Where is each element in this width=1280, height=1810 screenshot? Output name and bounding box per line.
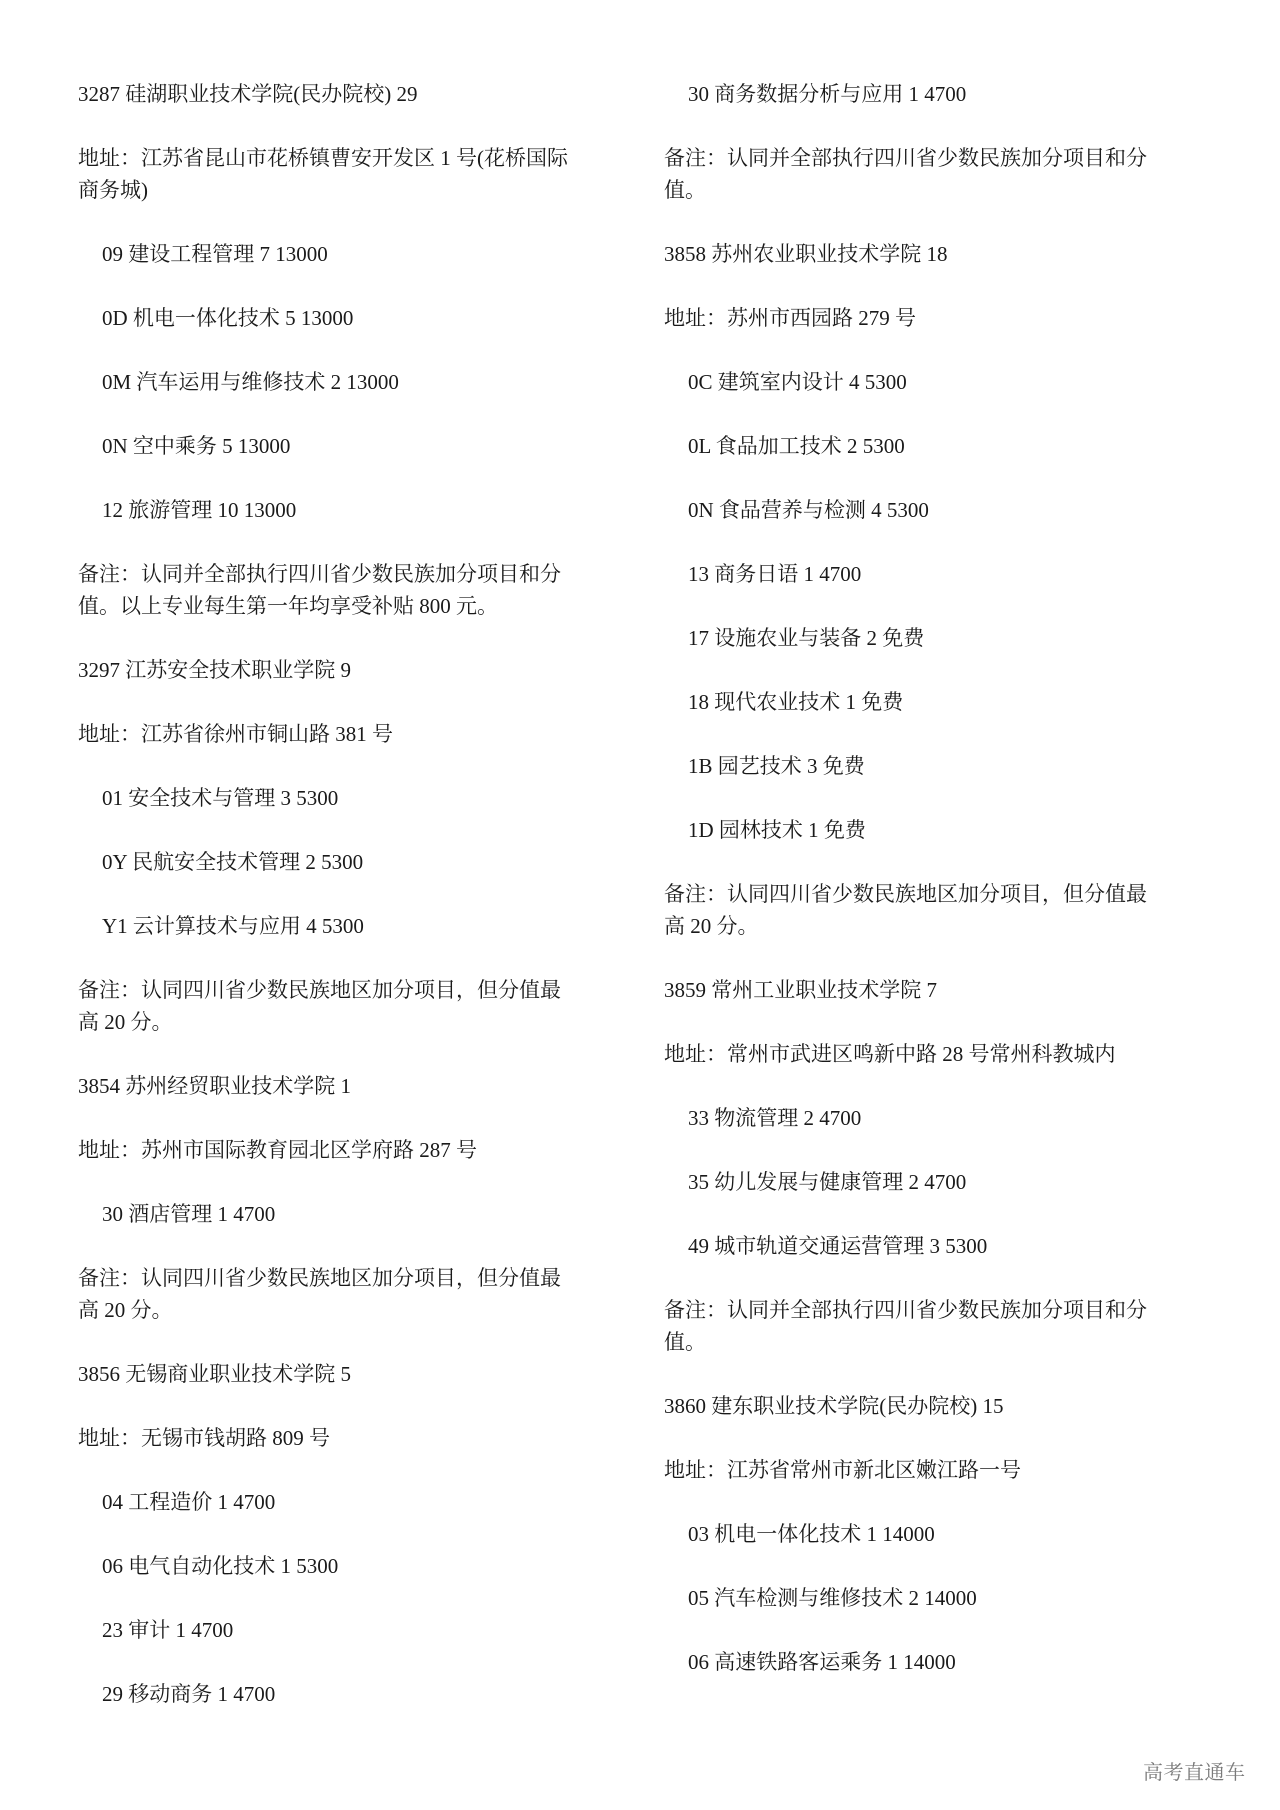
major-row: 03 机电一体化技术 1 14000: [664, 1518, 1156, 1550]
major-row: 0Y 民航安全技术管理 2 5300: [78, 846, 570, 878]
school-note: 备注：认同并全部执行四川省少数民族加分项目和分值。以上专业每生第一年均享受补贴 …: [78, 558, 570, 622]
school-heading: 3287 硅湖职业技术学院(民办院校) 29: [78, 78, 570, 110]
major-row: 30 商务数据分析与应用 1 4700: [664, 78, 1156, 110]
school-heading: 3854 苏州经贸职业技术学院 1: [78, 1070, 570, 1102]
school-address: 地址：苏州市西园路 279 号: [664, 302, 1156, 334]
school-heading: 3860 建东职业技术学院(民办院校) 15: [664, 1390, 1156, 1422]
major-row: 0N 食品营养与检测 4 5300: [664, 494, 1156, 526]
major-row: 23 审计 1 4700: [78, 1614, 570, 1646]
major-row: 0M 汽车运用与维修技术 2 13000: [78, 366, 570, 398]
major-row: 01 安全技术与管理 3 5300: [78, 782, 570, 814]
major-row: 35 幼儿发展与健康管理 2 4700: [664, 1166, 1156, 1198]
right-column: 30 商务数据分析与应用 1 4700备注：认同并全部执行四川省少数民族加分项目…: [664, 78, 1156, 1710]
major-row: 1D 园林技术 1 免费: [664, 814, 1156, 846]
school-heading: 3859 常州工业职业技术学院 7: [664, 974, 1156, 1006]
watermark-label: 高考直通车: [1143, 1756, 1246, 1785]
school-note: 备注：认同四川省少数民族地区加分项目，但分值最高 20 分。: [664, 878, 1156, 942]
major-row: 33 物流管理 2 4700: [664, 1102, 1156, 1134]
school-note: 备注：认同四川省少数民族地区加分项目，但分值最高 20 分。: [78, 1262, 570, 1326]
school-address: 地址：江苏省昆山市花桥镇曹安开发区 1 号(花桥国际商务城): [78, 142, 570, 206]
school-heading: 3297 江苏安全技术职业学院 9: [78, 654, 570, 686]
major-row: 06 高速铁路客运乘务 1 14000: [664, 1646, 1156, 1678]
school-address: 地址：江苏省徐州市铜山路 381 号: [78, 718, 570, 750]
major-row: 0C 建筑室内设计 4 5300: [664, 366, 1156, 398]
school-address: 地址：苏州市国际教育园北区学府路 287 号: [78, 1134, 570, 1166]
major-row: 18 现代农业技术 1 免费: [664, 686, 1156, 718]
left-column: 3287 硅湖职业技术学院(民办院校) 29地址：江苏省昆山市花桥镇曹安开发区 …: [78, 78, 570, 1742]
major-row: 1B 园艺技术 3 免费: [664, 750, 1156, 782]
school-address: 地址：无锡市钱胡路 809 号: [78, 1422, 570, 1454]
school-address: 地址：江苏省常州市新北区嫩江路一号: [664, 1454, 1156, 1486]
major-row: 04 工程造价 1 4700: [78, 1486, 570, 1518]
major-row: 0N 空中乘务 5 13000: [78, 430, 570, 462]
major-row: 17 设施农业与装备 2 免费: [664, 622, 1156, 654]
school-heading: 3856 无锡商业职业技术学院 5: [78, 1358, 570, 1390]
major-row: Y1 云计算技术与应用 4 5300: [78, 910, 570, 942]
major-row: 13 商务日语 1 4700: [664, 558, 1156, 590]
school-address: 地址：常州市武进区鸣新中路 28 号常州科教城内: [664, 1038, 1156, 1070]
school-note: 备注：认同四川省少数民族地区加分项目，但分值最高 20 分。: [78, 974, 570, 1038]
major-row: 30 酒店管理 1 4700: [78, 1198, 570, 1230]
major-row: 0L 食品加工技术 2 5300: [664, 430, 1156, 462]
major-row: 12 旅游管理 10 13000: [78, 494, 570, 526]
major-row: 09 建设工程管理 7 13000: [78, 238, 570, 270]
school-heading: 3858 苏州农业职业技术学院 18: [664, 238, 1156, 270]
major-row: 29 移动商务 1 4700: [78, 1678, 570, 1710]
major-row: 05 汽车检测与维修技术 2 14000: [664, 1582, 1156, 1614]
major-row: 49 城市轨道交通运营管理 3 5300: [664, 1230, 1156, 1262]
major-row: 0D 机电一体化技术 5 13000: [78, 302, 570, 334]
school-note: 备注：认同并全部执行四川省少数民族加分项目和分值。: [664, 142, 1156, 206]
school-note: 备注：认同并全部执行四川省少数民族加分项目和分值。: [664, 1294, 1156, 1358]
major-row: 06 电气自动化技术 1 5300: [78, 1550, 570, 1582]
